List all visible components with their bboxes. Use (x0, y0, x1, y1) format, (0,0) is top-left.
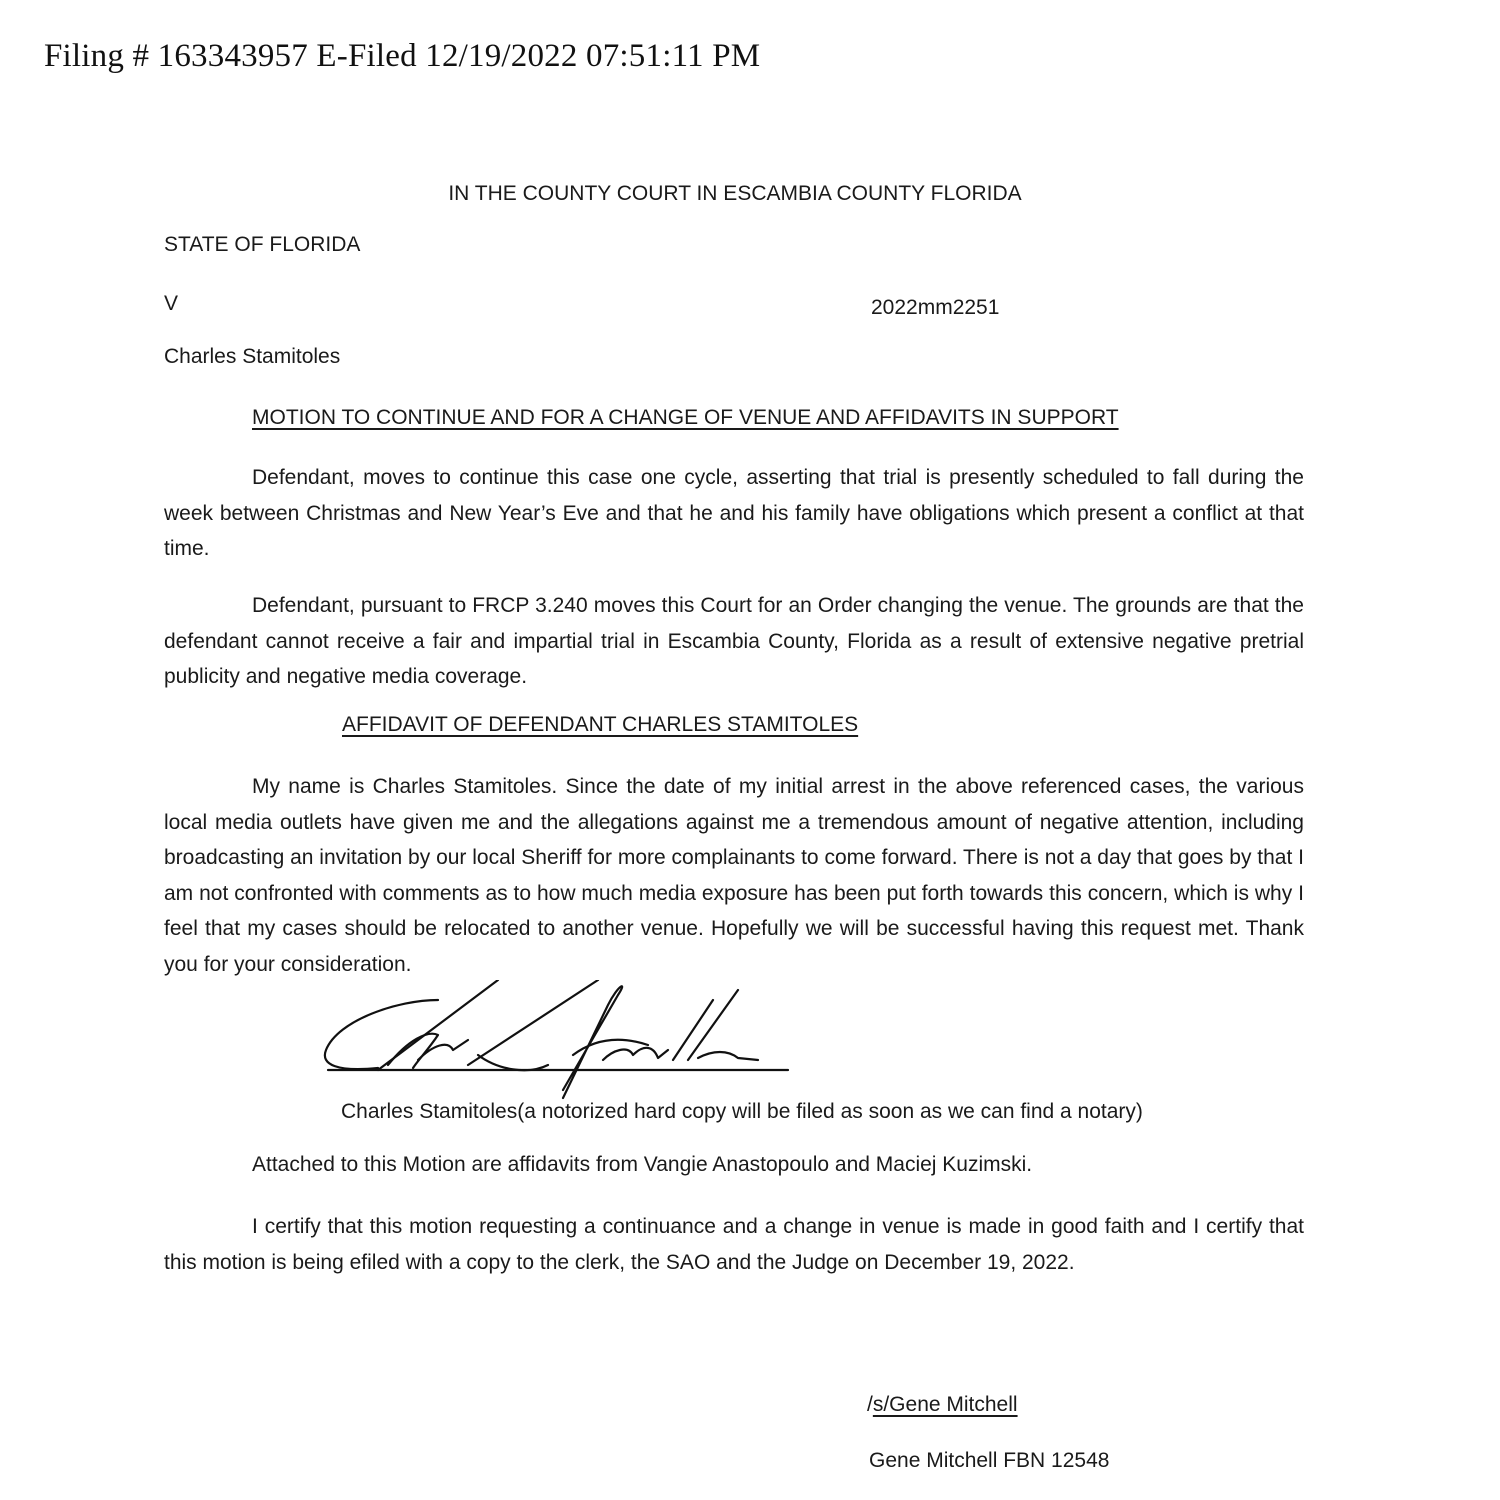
attorney-name-line: Gene Mitchell FBN 12548 (869, 1449, 1109, 1473)
paragraph-continue: Defendant, moves to continue this case o… (164, 460, 1304, 567)
defendant-signature (318, 980, 818, 1100)
affidavit-text: My name is Charles Stamitoles. Since the… (164, 775, 1304, 976)
certification-paragraph: I certify that this motion requesting a … (164, 1209, 1304, 1280)
signature-caption: Charles Stamitoles(a notorized hard copy… (341, 1100, 1143, 1124)
versus: V (164, 292, 178, 316)
plaintiff: STATE OF FLORIDA (164, 233, 360, 257)
case-number: 2022mm2251 (871, 296, 999, 320)
defendant: Charles Stamitoles (164, 345, 340, 369)
court-heading: IN THE COUNTY COURT IN ESCAMBIA COUNTY F… (0, 182, 1470, 206)
motion-title: MOTION TO CONTINUE AND FOR A CHANGE OF V… (252, 406, 1119, 430)
affidavit-paragraph: My name is Charles Stamitoles. Since the… (164, 769, 1304, 982)
affidavit-title: AFFIDAVIT OF DEFENDANT CHARLES STAMITOLE… (342, 713, 858, 737)
paragraph-venue-text: Defendant, pursuant to FRCP 3.240 moves … (164, 594, 1304, 688)
filing-header: Filing # 163343957 E-Filed 12/19/2022 07… (44, 38, 760, 75)
attached-statement: Attached to this Motion are affidavits f… (252, 1153, 1032, 1177)
attorney-signature-name: s/Gene Mitchell (873, 1393, 1018, 1416)
paragraph-venue: Defendant, pursuant to FRCP 3.240 moves … (164, 588, 1304, 695)
attorney-signature: /s/Gene Mitchell (867, 1393, 1018, 1417)
certification-text: I certify that this motion requesting a … (164, 1215, 1304, 1274)
paragraph-continue-text: Defendant, moves to continue this case o… (164, 466, 1304, 560)
